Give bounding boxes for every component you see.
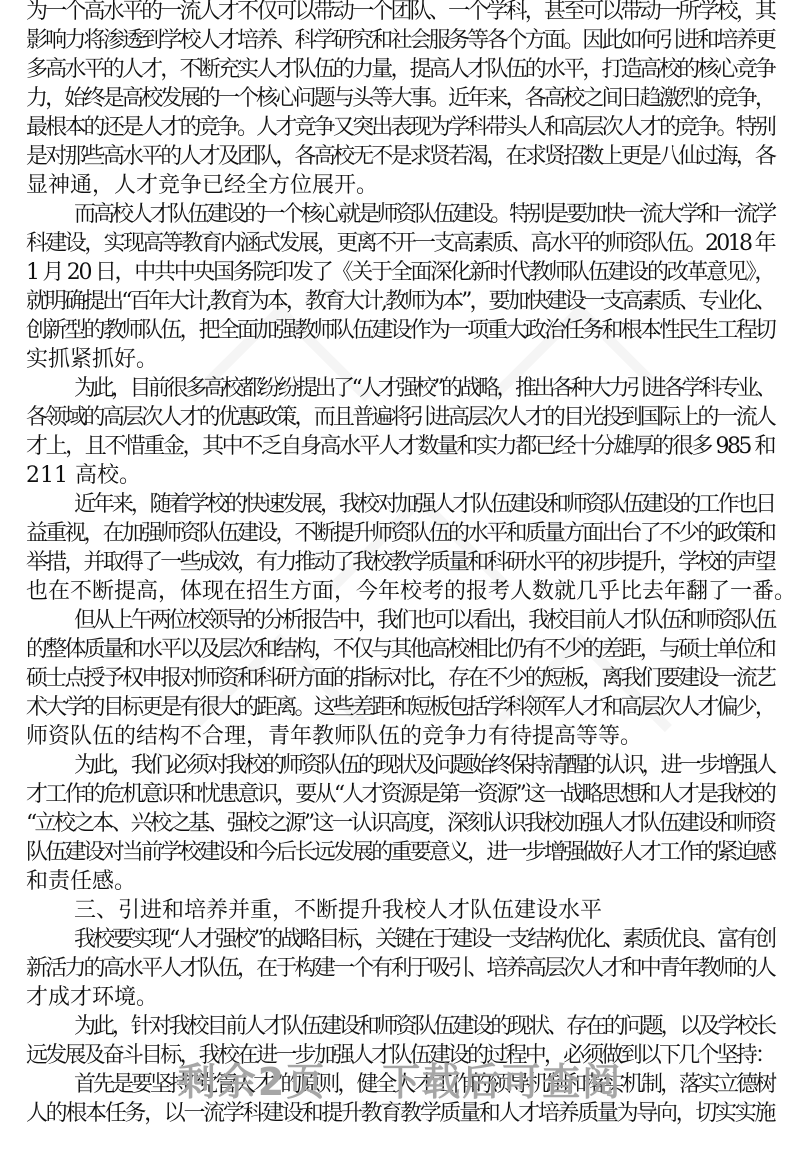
text-line: 益重视，在加强师资队伍建设，不断提升师资队伍的水平和质量方面出台了不少的政策和 — [26, 519, 774, 548]
text-line: 为此，我们必须对我校的师资队伍的现状及问题始终保持清醒的认识，进一步增强人 — [26, 751, 774, 780]
text-line: 211 高校。 — [26, 461, 774, 490]
text-line: 而高校人才队伍建设的一个核心就是师资队伍建设。特别是要加快一流大学和一流学 — [26, 200, 774, 229]
text-line: 和责任感。 — [26, 867, 774, 896]
text-line: 才上，且不惜重金，其中不乏自身高水平人才数量和实力都已经十分雄厚的很多 985 … — [26, 432, 774, 461]
document-body: 为一个高水平的一流人才不仅可以带动一个团队、一个学科，甚至可以带动一所学校，其影… — [26, 0, 774, 1128]
download-prompt-label[interactable]: 下载后可查阅 — [382, 1051, 622, 1106]
text-line: 术大学的目标更是有很大的距离。这些差距和短板包括学科领军人才和高层次人才偏少， — [26, 693, 774, 722]
text-line: 但从上午两位校领导的分析报告中，我们也可以看出，我校目前人才队伍和师资队伍 — [26, 606, 774, 635]
text-line: 实抓紧抓好。 — [26, 345, 774, 374]
text-line: 近年来，随着学校的快速发展，我校对加强人才队伍建设和师资队伍建设的工作也日 — [26, 490, 774, 519]
text-line: 才工作的危机意识和忧患意识，要从“人才资源是第一资源”这一战略思想和人才是我校的 — [26, 780, 774, 809]
text-line: 三、引进和培养并重，不断提升我校人才队伍建设水平 — [26, 896, 774, 925]
text-line: 新活力的高水平人才队伍，在于构建一个有利于吸引、培养高层次人才和中青年教师的人 — [26, 954, 774, 983]
text-line: 举措，并取得了一些成效，有力推动了我校教学质量和科研水平的初步提升，学校的声望 — [26, 548, 774, 577]
text-line: 也在不断提高，体现在招生方面，今年校考的报考人数就几乎比去年翻了一番。 — [26, 577, 774, 606]
text-line: 队伍建设对当前学校建设和今后长远发展的重要意义，进一步增强做好人才工作的紧迫感 — [26, 838, 774, 867]
text-line: 影响力将渗透到学校人才培养、科学研究和社会服务等各个方面。因此如何引进和培养更 — [26, 26, 774, 55]
text-line: 显神通，人才竞争已经全方位展开。 — [26, 171, 774, 200]
text-line: 是对那些高水平的人才及团队，各高校无不是求贤若渴，在求贤招数上更是八仙过海，各 — [26, 142, 774, 171]
text-line: 才成才环境。 — [26, 983, 774, 1012]
text-line: “立校之本、兴校之基、强校之源”这一认识高度，深刻认识我校加强人才队伍建设和师资 — [26, 809, 774, 838]
text-line: 最根本的还是人才的竞争。人才竞争又突出表现为学科带头人和高层次人才的竞争。特别 — [26, 113, 774, 142]
text-line: 师资队伍的结构不合理，青年教师队伍的竞争力有待提高等等。 — [26, 722, 774, 751]
text-line: 我校要实现“人才强校”的战略目标，关键在于建设一支结构优化、素质优良、富有创 — [26, 925, 774, 954]
document-page: 为一个高水平的一流人才不仅可以带动一个团队、一个学科，甚至可以带动一所学校，其影… — [0, 0, 800, 1151]
text-line: 硕士点授予权申报对师资和科研方面的指标对比，存在不少的短板，离我们要建设一流艺 — [26, 664, 774, 693]
text-line: 科建设，实现高等教育内涵式发展，更离不开一支高素质、高水平的师资队伍。2018 … — [26, 229, 774, 258]
text-line: 为此，目前很多高校都纷纷提出了“人才强校”的战略，推出各种大力引进各学科专业、 — [26, 374, 774, 403]
text-line: 各领域的高层次人才的优惠政策，而且普遍将引进高层次人才的目光投到国际上的一流人 — [26, 403, 774, 432]
text-line: 为此，针对我校目前人才队伍建设和师资队伍建设的现状、存在的问题，以及学校长 — [26, 1012, 774, 1041]
text-line: 多高水平的人才，不断充实人才队伍的力量，提高人才队伍的水平，打造高校的核心竞争 — [26, 55, 774, 84]
text-line: 为一个高水平的一流人才不仅可以带动一个团队、一个学科，甚至可以带动一所学校，其 — [26, 0, 774, 26]
download-banner[interactable]: 剩余2页 下载后可查阅 — [0, 1048, 800, 1108]
text-line: 的整体质量和水平以及层次和结构，不仅与其他高校相比仍有不少的差距，与硕士单位和 — [26, 635, 774, 664]
text-line: 1 月 20 日，中共中央国务院印发了《关于全面深化新时代教师队伍建设的改革意见… — [26, 258, 774, 287]
text-line: 创新型的教师队伍，把全面加强教师队伍建设作为一项重大政治任务和根本性民生工程切 — [26, 316, 774, 345]
text-line: 力，始终是高校发展的一个核心问题与头等大事。近年来，各高校之间日趋激烈的竞争， — [26, 84, 774, 113]
remaining-pages-label: 剩余2页 — [178, 1051, 326, 1106]
text-line: 就明确提出“百年大计,教育为本，教育大计,教师为本”，要加快建设一支高素质、专业… — [26, 287, 774, 316]
